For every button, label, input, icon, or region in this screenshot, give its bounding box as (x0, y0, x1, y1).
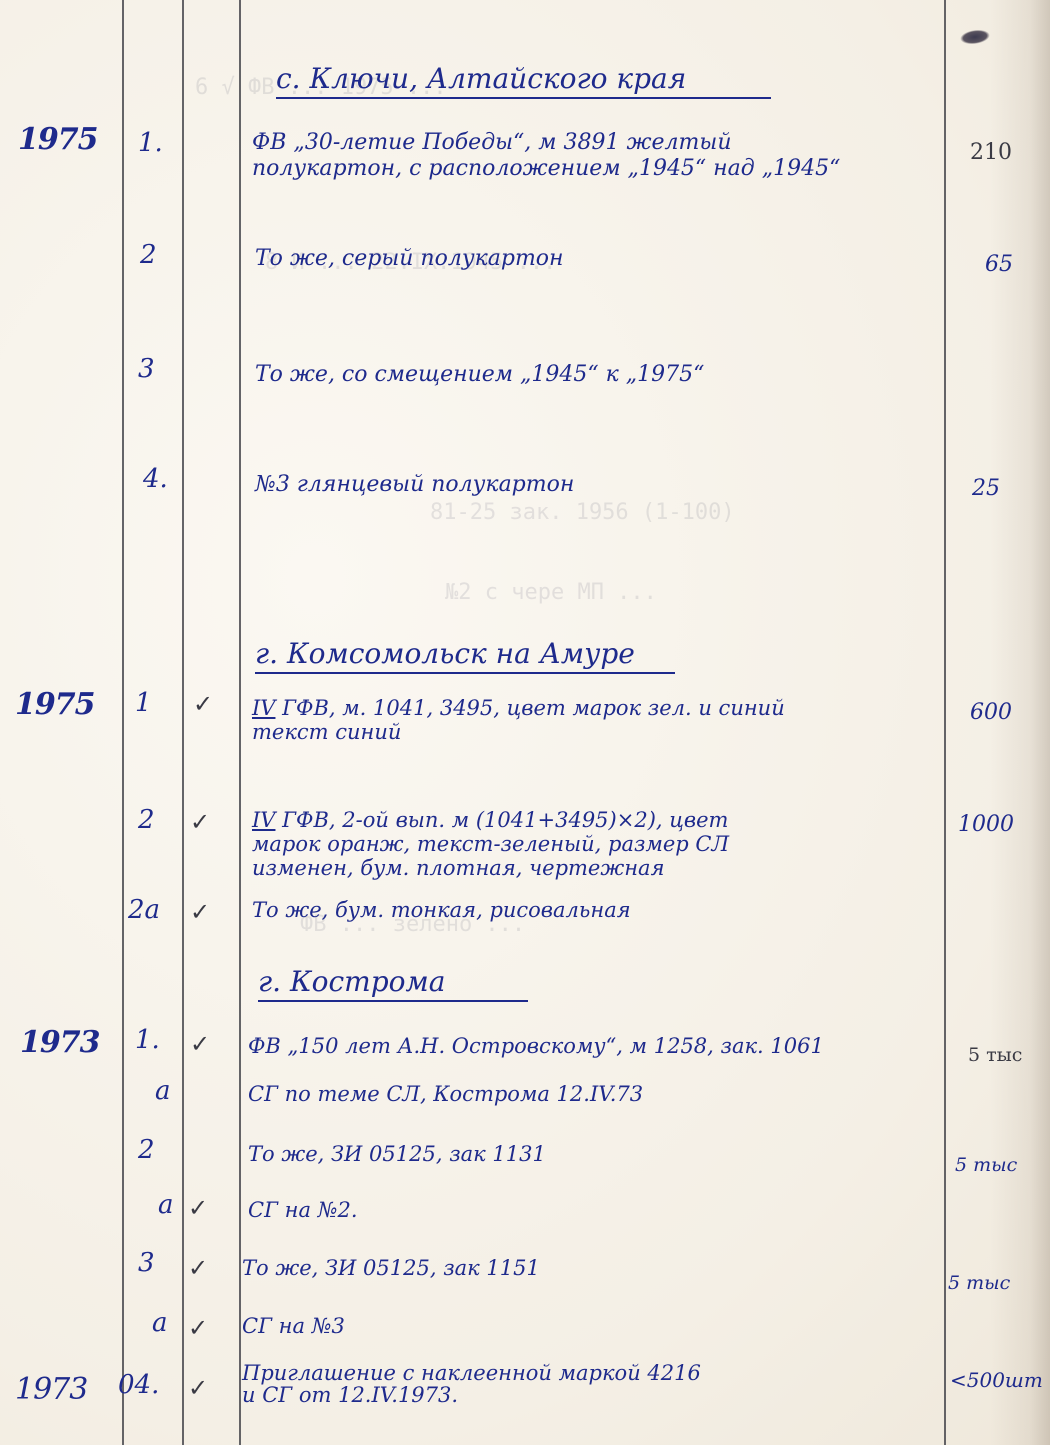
entry-number: 3 (138, 354, 155, 384)
entry-description: Приглашение с наклеенной маркой 4216 и С… (242, 1362, 701, 1406)
ledger-page: 6 √ ФВ ... 1975 ... 8 И ... 22.IX.1945 .… (0, 0, 1050, 1445)
entry-description: СГ на №3 (242, 1314, 345, 1338)
check-mark: ✓ (188, 1254, 208, 1282)
entry-description: То же, бум. тонкая, рисовальная (252, 898, 631, 922)
description-line: текст синий (252, 720, 785, 744)
description-line: полукартон, с расположением „1945“ над „… (252, 156, 840, 182)
bleed-through: №2 с чере МП ... (445, 580, 657, 605)
description-line: изменен, бум. плотная, чертежная (252, 856, 729, 880)
section-heading: г. Комсомольск на Амуре (255, 637, 675, 674)
entry-number: 2 (140, 240, 157, 270)
section-heading: с. Ключи, Алтайского края (276, 62, 771, 99)
entry-number: 1. (135, 1025, 160, 1055)
description-line: ФВ „30-летие Победы“, м 3891 желтый (252, 130, 840, 156)
entry-number: 2 (138, 1135, 155, 1165)
price-cell: <500шт (950, 1368, 1043, 1392)
entry-number: 2 (138, 805, 155, 835)
check-mark: ✓ (190, 1030, 210, 1058)
column-rule-check (239, 0, 241, 1445)
year-cell: 1975 (18, 122, 98, 157)
check-mark: ✓ (188, 1314, 208, 1342)
entry-description: То же, со смещением „1945“ к „1975“ (255, 362, 704, 388)
entry-description: ФВ „30-летие Победы“, м 3891 желтый полу… (252, 130, 840, 182)
roman-numeral: IV (252, 808, 275, 832)
column-rule-price (944, 0, 946, 1445)
price-cell: 5 тыс (968, 1044, 1022, 1066)
description-line: ГФВ, м. 1041, 3495, цвет марок зел. и си… (282, 696, 785, 720)
section-heading: г. Кострома (258, 965, 528, 1002)
entry-description: СГ по теме СЛ, Кострома 12.IV.73 (248, 1082, 643, 1106)
entry-number: 3 (138, 1248, 155, 1278)
bleed-through: 81-25 зак. 1956 (1-100) (430, 500, 735, 525)
price-cell: 5 тыс (948, 1272, 1010, 1294)
entry-description: То же, серый полукартон (255, 246, 564, 272)
entry-number: 2а (128, 895, 160, 925)
entry-description: СГ на №2. (248, 1198, 358, 1222)
price-cell: 65 (985, 252, 1013, 277)
price-cell: 600 (970, 700, 1012, 725)
check-mark: ✓ (190, 808, 210, 836)
column-rule-number (182, 0, 184, 1445)
check-mark: ✓ (188, 1194, 208, 1222)
check-mark: ✓ (188, 1374, 208, 1402)
roman-numeral: IV (252, 696, 275, 720)
check-mark: ✓ (190, 898, 210, 926)
year-cell: 1973 (20, 1025, 100, 1060)
description-line: и СГ от 12.IV.1973. (242, 1384, 701, 1406)
price-cell: 25 (972, 476, 1000, 501)
column-rule-year (122, 0, 124, 1445)
entry-number: 1 (135, 688, 152, 718)
description-line: марок оранж, текст-зеленый, размер СЛ (252, 832, 729, 856)
description-line: ГФВ, 2-ой вып. м (1041+3495)×2), цвет (282, 808, 728, 832)
entry-number: а (155, 1076, 171, 1106)
entry-description: IV ГФВ, 2-ой вып. м (1041+3495)×2), цвет… (252, 808, 729, 880)
entry-description: IV ГФВ, м. 1041, 3495, цвет марок зел. и… (252, 696, 785, 744)
check-mark: ✓ (193, 690, 213, 718)
entry-description: То же, ЗИ 05125, зак 1151 (242, 1256, 540, 1280)
entry-description: №3 глянцевый полукартон (255, 472, 574, 498)
entry-description: То же, ЗИ 05125, зак 1131 (248, 1142, 546, 1166)
entry-number: а (158, 1190, 174, 1220)
entry-description: ФВ „150 лет А.Н. Островскому“, м 1258, з… (248, 1034, 824, 1058)
entry-number: 4. (143, 464, 168, 494)
entry-number: 04. (118, 1370, 159, 1400)
entry-number: а (152, 1308, 168, 1338)
description-line: Приглашение с наклеенной маркой 4216 (242, 1362, 701, 1384)
year-cell: 1973 (15, 1372, 87, 1407)
price-cell: 210 (970, 140, 1012, 165)
year-cell: 1975 (15, 687, 95, 722)
price-cell: 1000 (958, 812, 1014, 837)
ink-stain (959, 28, 991, 46)
price-cell: 5 тыс (955, 1154, 1017, 1176)
entry-number: 1. (138, 128, 163, 158)
